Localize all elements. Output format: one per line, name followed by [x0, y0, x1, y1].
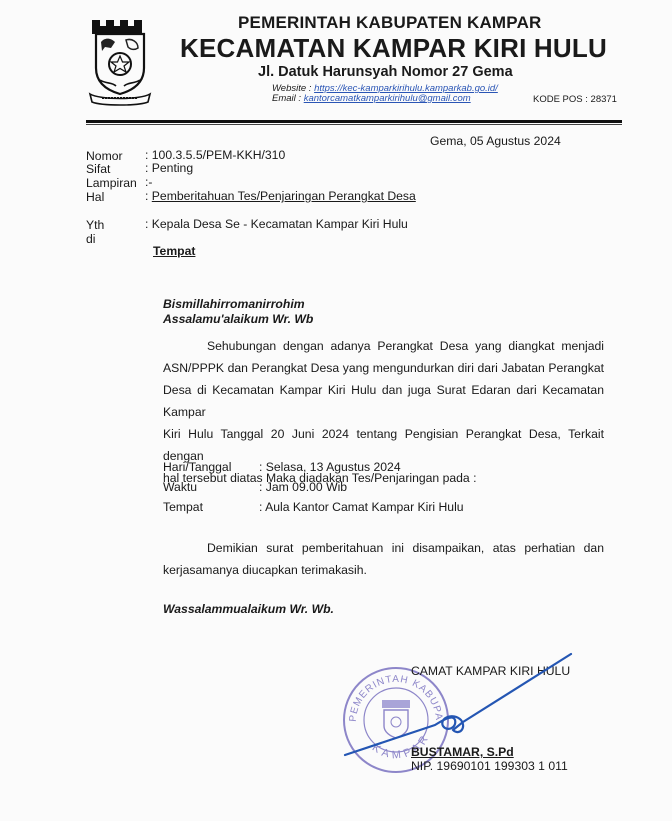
schedule-value-date: : Selasa, 13 Agustus 2024: [259, 460, 401, 474]
schedule-label-time: Waktu: [163, 480, 197, 494]
meta-hal-separator: :: [145, 189, 152, 203]
recipient-di-label: di: [86, 232, 96, 246]
office-name: KECAMATAN KAMPAR KIRI HULU: [180, 33, 607, 64]
meta-value-lampiran: :-: [145, 175, 152, 189]
recipient-place: Tempat: [153, 244, 195, 258]
closing-paragraph: Demikian surat pemberitahuan ini disampa…: [163, 537, 604, 581]
meta-label-lampiran: Lampiran: [86, 176, 137, 190]
meta-value-hal: : Pemberitahuan Tes/Penjaringan Perangka…: [145, 189, 416, 203]
meta-value-sifat: : Penting: [145, 161, 193, 175]
email-line: Email : kantorcamatkamparkirihulu@gmail.…: [272, 93, 471, 104]
closing-line: kerjasamanya diucapkan terimakasih.: [163, 559, 604, 581]
meta-label-sifat: Sifat: [86, 162, 110, 176]
schedule-value-place: : Aula Kantor Camat Kampar Kiri Hulu: [259, 500, 464, 514]
meta-label-hal: Hal: [86, 190, 104, 204]
government-name: PEMERINTAH KABUPATEN KAMPAR: [238, 13, 542, 33]
schedule-label-date: Hari/Tanggal: [163, 460, 231, 474]
schedule-label-place: Tempat: [163, 500, 203, 514]
body-line: Desa di Kecamatan Kampar Kiri Hulu dan j…: [163, 379, 604, 423]
greeting: Assalamu'alaikum Wr. Wb: [163, 312, 313, 326]
letter-date: Gema, 05 Agustus 2024: [430, 134, 561, 148]
body-line: Sehubungan dengan adanya Perangkat Desa …: [163, 335, 604, 357]
recipient-value: : Kepala Desa Se - Kecamatan Kampar Kiri…: [145, 217, 408, 231]
postal-code: KODE POS : 28371: [533, 94, 617, 105]
email-label: Email :: [272, 93, 304, 104]
letterhead-divider: [86, 120, 622, 123]
subject: Pemberitahuan Tes/Penjaringan Perangkat …: [152, 189, 416, 203]
handwritten-signature-icon: [335, 650, 575, 760]
kampar-emblem-icon: [88, 14, 152, 106]
body-line: ASN/PPPK dan Perangkat Desa yang mengund…: [163, 357, 604, 379]
basmalah: Bismillahirromanirrohim: [163, 297, 305, 311]
schedule-value-time: : Jam 09.00 Wib: [259, 480, 347, 494]
farewell: Wassalammualaikum Wr. Wb.: [163, 602, 334, 616]
recipient-label: Yth: [86, 218, 104, 232]
signatory-nip: NIP. 19690101 199303 1 011: [411, 759, 568, 773]
closing-line: Demikian surat pemberitahuan ini disampa…: [163, 537, 604, 559]
email-link[interactable]: kantorcamatkamparkirihulu@gmail.com: [304, 93, 471, 104]
letterhead-divider-thin: [86, 124, 622, 125]
meta-label-nomor: Nomor: [86, 149, 123, 163]
meta-value-nomor: : 100.3.5.5/PEM-KKH/310: [145, 148, 285, 162]
office-address: Jl. Datuk Harunsyah Nomor 27 Gema: [258, 64, 513, 80]
